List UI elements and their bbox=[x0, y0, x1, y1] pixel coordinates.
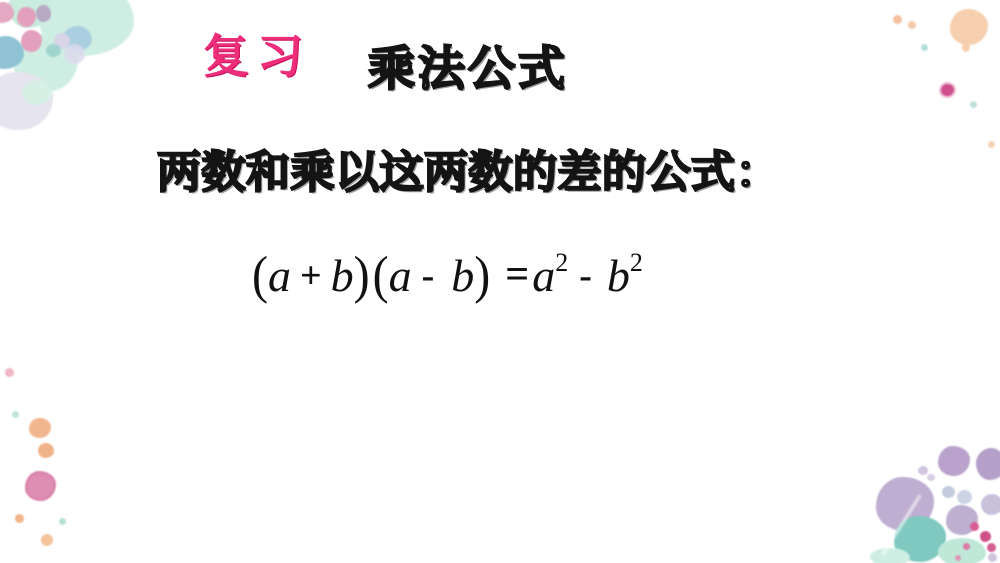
watercolor-splash bbox=[976, 448, 1000, 480]
watercolor-splash bbox=[970, 522, 979, 531]
watercolor-splash bbox=[927, 474, 935, 481]
watercolor-splash bbox=[988, 141, 995, 148]
formula-exponent: 2 bbox=[555, 248, 568, 277]
watercolor-splash bbox=[955, 555, 961, 561]
formula-operator: - bbox=[422, 255, 435, 297]
formula-operator: - bbox=[579, 255, 592, 297]
watercolor-streak bbox=[840, 445, 880, 495]
watercolor-splash bbox=[938, 538, 986, 563]
watercolor-splash bbox=[59, 518, 66, 525]
formula-variable: a bbox=[532, 250, 555, 301]
formula-paren: ) bbox=[474, 245, 490, 306]
watercolor-splash bbox=[988, 553, 997, 562]
watercolor-splash bbox=[950, 9, 988, 45]
watercolor-splash bbox=[962, 42, 970, 52]
slide-title: 乘法公式 bbox=[368, 32, 568, 99]
review-badge: 复习 bbox=[203, 20, 311, 86]
watercolor-splash bbox=[908, 21, 916, 29]
watercolor-splash bbox=[15, 514, 24, 523]
watercolor-splash bbox=[981, 494, 1000, 515]
formula-equals: = bbox=[505, 252, 529, 298]
watercolor-splash bbox=[38, 443, 54, 458]
formula-operator: + bbox=[300, 255, 322, 297]
watercolor-splash bbox=[893, 15, 902, 24]
watercolor-splash bbox=[963, 543, 970, 550]
formula-exponent: 2 bbox=[630, 248, 643, 277]
watercolor-splash bbox=[22, 80, 52, 105]
presentation-slide: 复习 乘法公式 两数和乘以这两数的差的公式： (a+b)(a-b)=a2-b2 bbox=[0, 0, 1000, 563]
formula-paren: ( bbox=[252, 245, 268, 306]
watercolor-splash bbox=[942, 486, 955, 498]
watercolor-splash bbox=[938, 446, 970, 476]
formula-paren: ( bbox=[373, 245, 389, 306]
formula-variable: a bbox=[268, 250, 291, 301]
formula-paren: ) bbox=[354, 245, 370, 306]
watercolor-splash bbox=[46, 44, 61, 57]
watercolor-splash bbox=[980, 531, 991, 542]
watercolor-splash bbox=[64, 44, 85, 64]
formula-variable: a bbox=[389, 250, 412, 301]
watercolor-splash bbox=[970, 101, 977, 108]
formula-variable: b bbox=[607, 250, 630, 301]
formula-variable: b bbox=[451, 250, 474, 301]
watercolor-splash bbox=[987, 543, 996, 552]
slide-subtitle: 两数和乘以这两数的差的公式： bbox=[157, 136, 780, 200]
formula-variable: b bbox=[331, 250, 354, 301]
math-formula: (a+b)(a-b)=a2-b2 bbox=[252, 248, 643, 303]
watercolor-splash bbox=[941, 84, 954, 96]
watercolor-splash bbox=[918, 466, 928, 475]
watercolor-splash bbox=[36, 5, 51, 22]
watercolor-splash bbox=[957, 490, 972, 504]
watercolor-splash bbox=[41, 534, 53, 546]
watercolor-splash bbox=[29, 418, 51, 438]
watercolor-splash bbox=[12, 411, 19, 418]
watercolor-splash bbox=[921, 44, 928, 51]
watercolor-splash bbox=[870, 548, 910, 563]
watercolor-splash bbox=[25, 471, 56, 501]
watercolor-splash bbox=[5, 368, 14, 377]
